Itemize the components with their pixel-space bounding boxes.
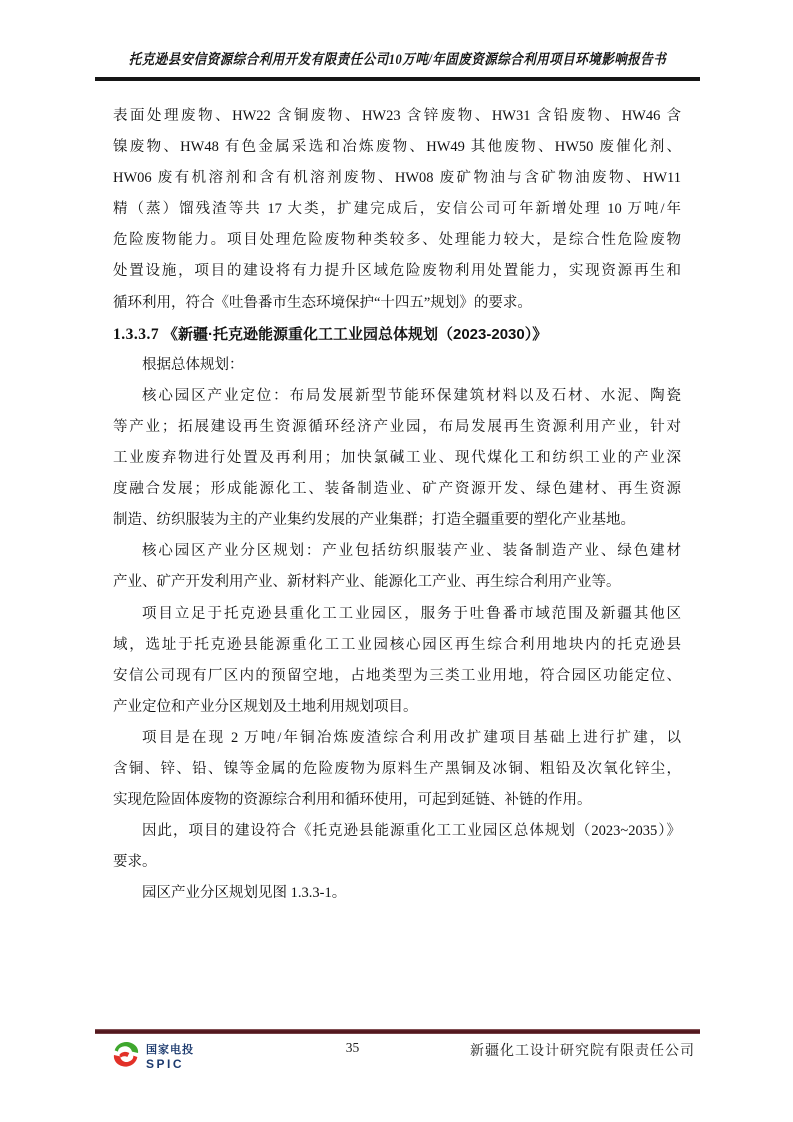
text-line: 表面处理废物、HW22 含铜废物、HW23 含锌废物、HW31 含铅废物、HW4…: [113, 101, 681, 132]
paragraph: 根据总体规划：: [113, 350, 681, 381]
paragraph: 核心园区产业分区规划：产业包括纺织服装产业、装备制造产业、绿色建材产业、矿产开发…: [113, 536, 681, 598]
paragraph: 项目是在现 2 万吨/年铜冶炼废渣综合利用改扩建项目基础上进行扩建，以含铜、锌、…: [113, 723, 681, 816]
text-line: 工业废弃物进行处置及再利用；加快氯碱工业、现代煤化工和纺织工业的产业深: [113, 443, 681, 474]
paragraph: 项目立足于托克逊县重化工工业园区，服务于吐鲁番市域范围及新疆其他区域，选址于托克…: [113, 599, 681, 723]
text-line: 精（蒸）馏残渣等共 17 大类，扩建完成后，安信公司可年新增处理 10 万吨/年: [113, 194, 681, 225]
text-line: 项目立足于托克逊县重化工工业园区，服务于吐鲁番市域范围及新疆其他区: [113, 599, 681, 630]
document-body: 表面处理废物、HW22 含铜废物、HW23 含锌废物、HW31 含铅废物、HW4…: [113, 101, 681, 909]
text-line: 循环利用，符合《吐鲁番市生态环境保护“十四五”规划》的要求。: [113, 288, 681, 319]
text-line: 因此，项目的建设符合《托克逊县能源重化工工业园区总体规划（2023~2035）》: [113, 816, 681, 847]
text-line: 实现危险固体废物的资源综合利用和循环使用，可起到延链、补链的作用。: [113, 785, 681, 816]
header-divider: [95, 77, 700, 81]
text-line: 处置设施，项目的建设将有力提升区域危险废物利用处置能力，实现资源再生和: [113, 256, 681, 287]
text-line: 核心园区产业分区规划：产业包括纺织服装产业、装备制造产业、绿色建材: [113, 536, 681, 567]
text-line: 度融合发展；形成能源化工、装备制造业、矿产资源开发、绿色建材、再生资源: [113, 474, 681, 505]
text-line: 根据总体规划：: [113, 350, 681, 381]
spic-logo-cn-label: 国家电投: [146, 1045, 194, 1056]
spic-swirl-icon: [110, 1039, 142, 1076]
text-line: 产业定位和产业分区规划及土地利用规划项目。: [113, 692, 681, 723]
paragraph: 表面处理废物、HW22 含铜废物、HW23 含锌废物、HW31 含铅废物、HW4…: [113, 101, 681, 319]
section-heading: 1.3.3.7 《新疆·托克逊能源重化工工业园总体规划（2023-2030）》: [113, 319, 681, 350]
text-line: 安信公司现有厂区内的预留空地，占地类型为三类工业用地，符合园区功能定位、: [113, 661, 681, 692]
text-line: 制造、纺织服装为主的产业集约发展的产业集群；打造全疆重要的塑化产业基地。: [113, 505, 681, 536]
paragraph: 因此，项目的建设符合《托克逊县能源重化工工业园区总体规划（2023~2035）》…: [113, 816, 681, 878]
paragraph: 核心园区产业定位：布局发展新型节能环保建筑材料以及石材、水泥、陶瓷等产业；拓展建…: [113, 381, 681, 536]
text-line: 等产业；拓展建设再生资源循环经济产业园，布局发展再生资源利用产业，针对: [113, 412, 681, 443]
text-line: HW06 废有机溶剂和含有机溶剂废物、HW08 废矿物油与含矿物油废物、HW11: [113, 163, 681, 194]
text-line: 镍废物、HW48 有色金属采选和冶炼废物、HW49 其他废物、HW50 废催化剂…: [113, 132, 681, 163]
text-line: 项目是在现 2 万吨/年铜冶炼废渣综合利用改扩建项目基础上进行扩建，以: [113, 723, 681, 754]
page-number: 35: [280, 1040, 425, 1056]
footer-company-name: 新疆化工设计研究院有限责任公司: [470, 1040, 695, 1060]
text-line: 核心园区产业定位：布局发展新型节能环保建筑材料以及石材、水泥、陶瓷: [113, 381, 681, 412]
section-number: 1.3.3.7: [113, 326, 159, 343]
document-page: 托克逊县安信资源综合利用开发有限责任公司10万吨/年固废资源综合利用项目环境影响…: [0, 0, 793, 1122]
text-line: 园区产业分区规划见图 1.3.3-1。: [113, 878, 681, 909]
footer-divider: [95, 1029, 700, 1034]
text-line: 域，选址于托克逊县能源重化工工业园核心园区再生综合利用地块内的托克逊县: [113, 630, 681, 661]
spic-logo-en-label: SPIC: [146, 1058, 194, 1070]
spic-logo: 国家电投 SPIC: [110, 1039, 194, 1076]
paragraph: 园区产业分区规划见图 1.3.3-1。: [113, 878, 681, 909]
text-line: 要求。: [113, 847, 681, 878]
text-line: 危险废物能力。项目处理危险废物种类较多、处理能力较大，是综合性危险废物: [113, 225, 681, 256]
page-header-title: 托克逊县安信资源综合利用开发有限责任公司10万吨/年固废资源综合利用项目环境影响…: [95, 48, 700, 69]
section-title: 《新疆·托克逊能源重化工工业园总体规划（2023-2030）》: [163, 326, 547, 343]
text-line: 含铜、锌、铅、镍等金属的危险废物为原料生产黑铜及冰铜、粗铅及次氧化锌尘，: [113, 754, 681, 785]
text-line: 产业、矿产开发利用产业、新材料产业、能源化工产业、再生综合利用产业等。: [113, 567, 681, 598]
spic-logo-text: 国家电投 SPIC: [146, 1045, 194, 1070]
